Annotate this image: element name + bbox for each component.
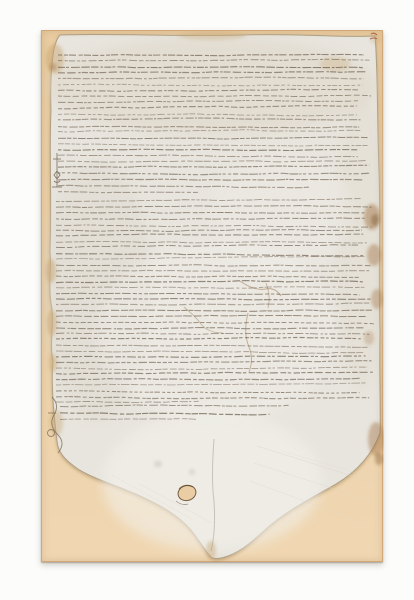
stain-spot (368, 422, 384, 456)
stain-spot (178, 32, 246, 40)
stain-spot (370, 34, 380, 44)
stain-spot (371, 289, 383, 309)
photo-background (0, 0, 414, 600)
mount-board (41, 30, 383, 562)
tone-patch (102, 411, 322, 551)
stain-spot (49, 354, 57, 372)
stain-spot (47, 310, 57, 336)
stain-spot (50, 63, 57, 71)
script-line (58, 179, 363, 180)
stain-spot (154, 461, 162, 467)
manuscript-parchment (42, 31, 384, 563)
stain-spot (375, 453, 383, 465)
stain-spot (371, 214, 379, 226)
stain-spot (364, 331, 374, 345)
stain-spot (46, 259, 56, 283)
stain-spot (367, 244, 381, 266)
stain-spot (189, 470, 195, 475)
tone-patch (97, 241, 337, 421)
